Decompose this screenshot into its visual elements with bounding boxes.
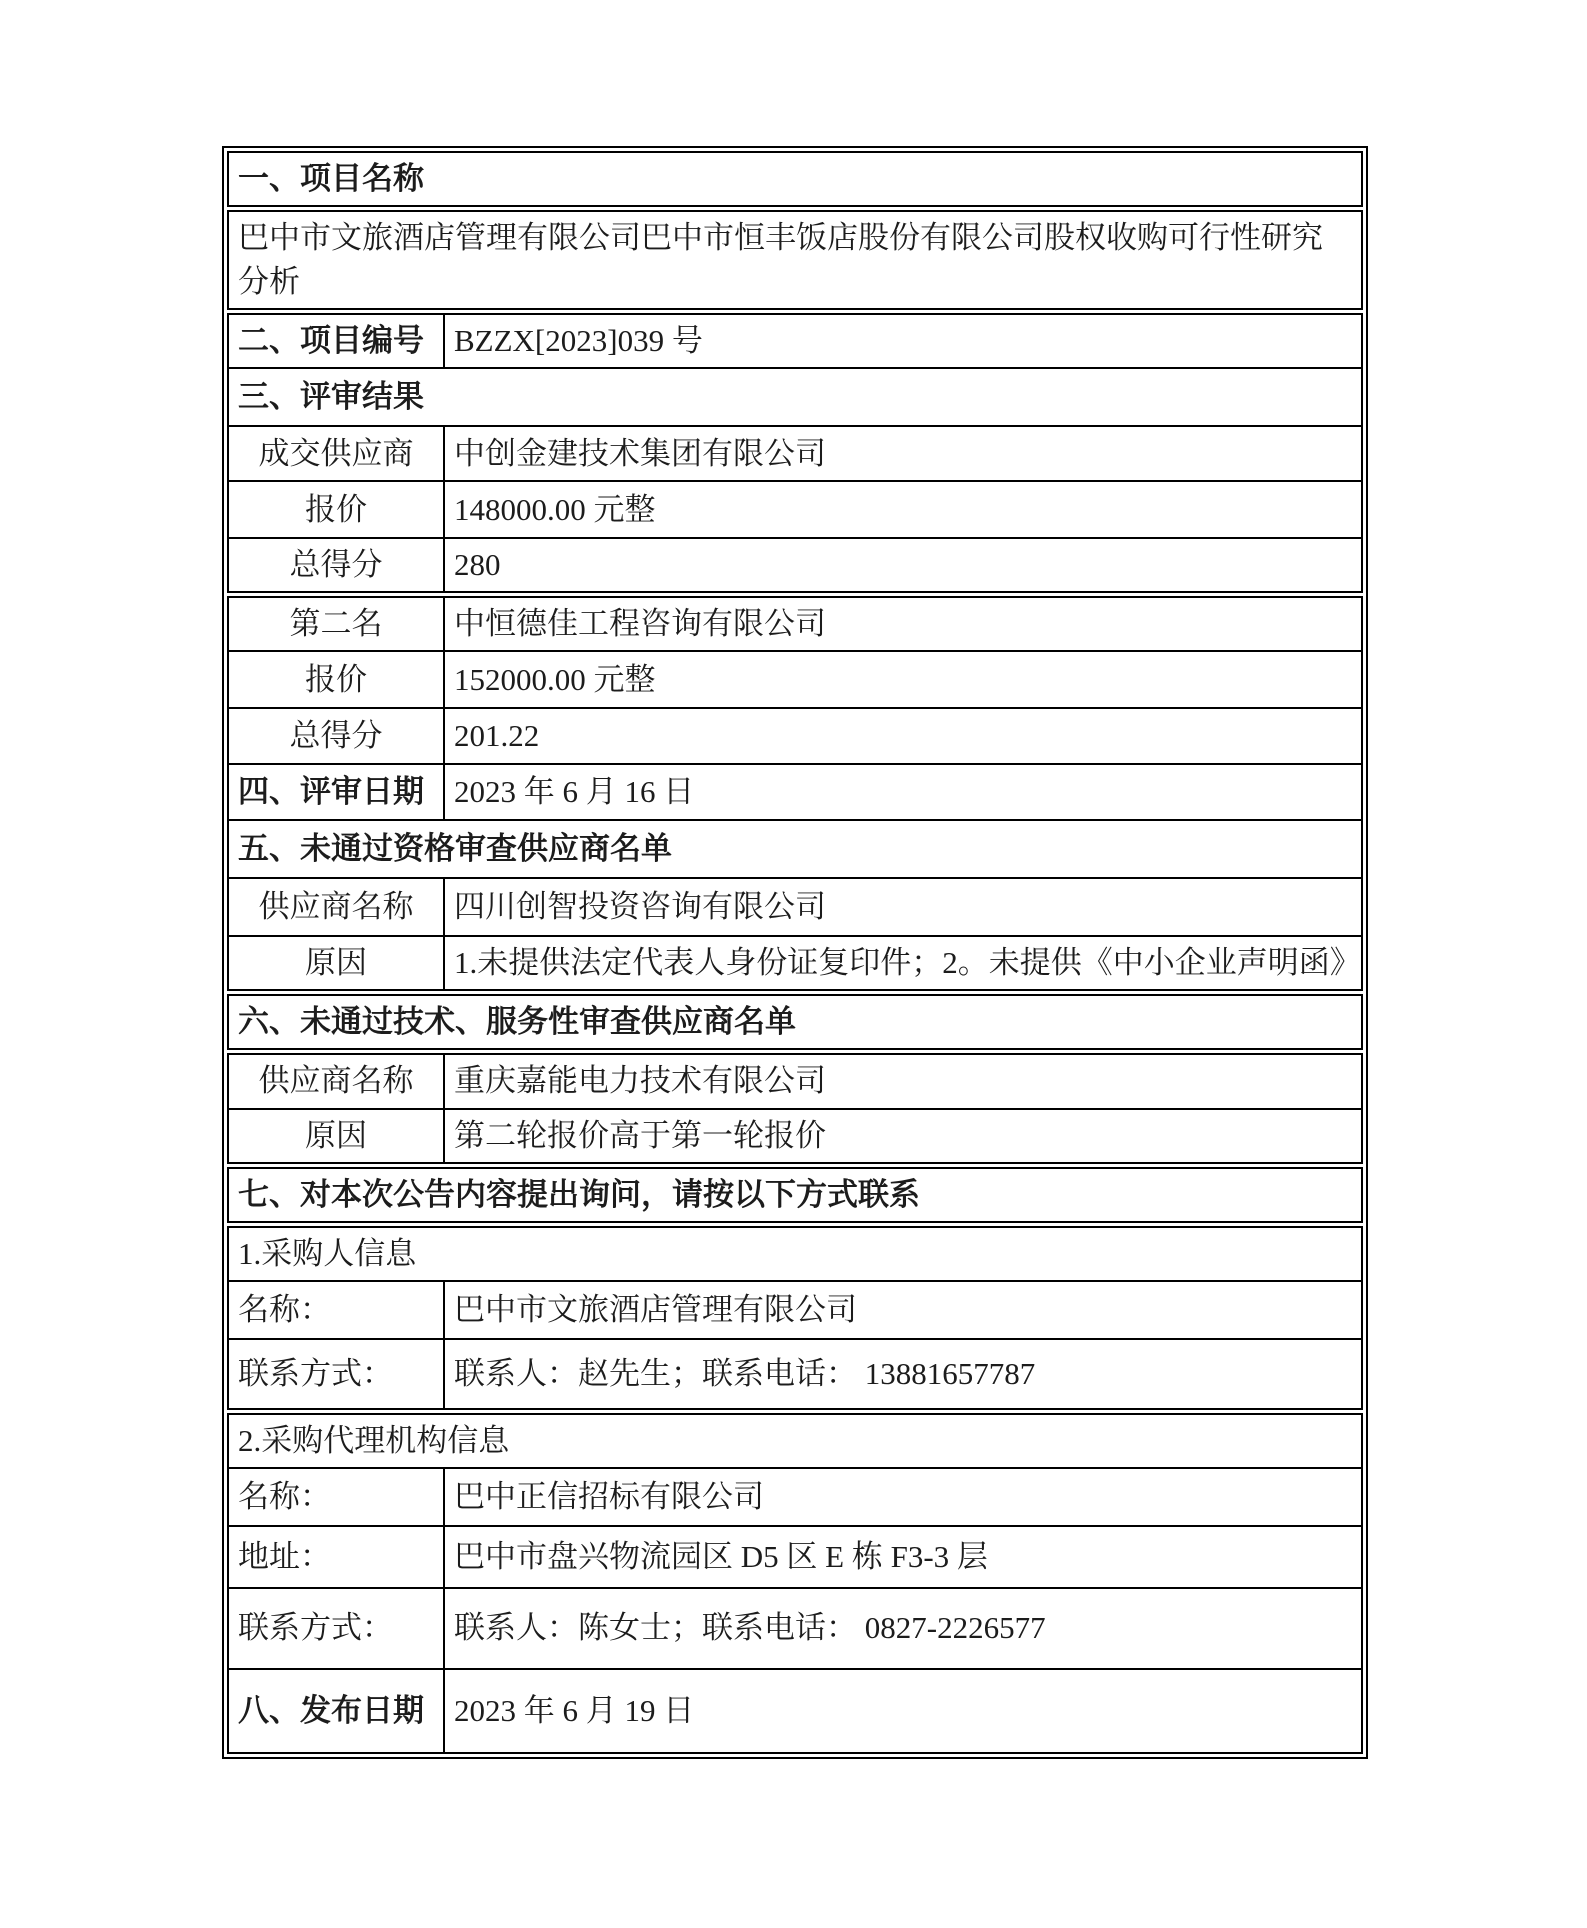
bid-price-2-value: 152000.00 元整 bbox=[444, 651, 1362, 708]
bid-price-value: 148000.00 元整 bbox=[444, 481, 1362, 538]
table-row-total-score-2: 总得分 201.22 bbox=[228, 708, 1362, 764]
table-row-section: 五、未通过资格审查供应商名单 bbox=[228, 820, 1362, 878]
publish-date-value: 2023 年 6 月 19 日 bbox=[444, 1669, 1362, 1753]
table-row-subsection: 1.采购人信息 bbox=[228, 1225, 1362, 1282]
section-header-evaluation-result: 三、评审结果 bbox=[228, 368, 1362, 426]
total-score-2-label: 总得分 bbox=[228, 708, 444, 764]
table-row-purchaser-name: 名称： 巴中市文旅酒店管理有限公司 bbox=[228, 1281, 1362, 1339]
table-row-winning-supplier: 成交供应商 中创金建技术集团有限公司 bbox=[228, 426, 1362, 481]
table-row-project-name: 巴中市文旅酒店管理有限公司巴中市恒丰饭店股份有限公司股权收购可行性研究分析 bbox=[228, 209, 1362, 312]
purchaser-name-value: 巴中市文旅酒店管理有限公司 bbox=[444, 1281, 1362, 1339]
agency-name-label: 名称： bbox=[228, 1468, 444, 1526]
subsection-purchaser-info: 1.采购人信息 bbox=[228, 1225, 1362, 1282]
winning-supplier-label: 成交供应商 bbox=[228, 426, 444, 481]
agency-contact-label: 联系方式： bbox=[228, 1588, 444, 1669]
table-row-agency-address: 地址： 巴中市盘兴物流园区 D5 区 E 栋 F3-3 层 bbox=[228, 1526, 1362, 1588]
project-name-value: 巴中市文旅酒店管理有限公司巴中市恒丰饭店股份有限公司股权收购可行性研究分析 bbox=[228, 209, 1362, 312]
table-row-reason-2: 原因 第二轮报价高于第一轮报价 bbox=[228, 1109, 1362, 1166]
section-header-failed-technical: 六、未通过技术、服务性审查供应商名单 bbox=[228, 993, 1362, 1052]
project-number-label: 二、项目编号 bbox=[228, 312, 444, 369]
evaluation-date-value: 2023 年 6 月 16 日 bbox=[444, 764, 1362, 820]
table-row-section: 六、未通过技术、服务性审查供应商名单 bbox=[228, 993, 1362, 1052]
agency-contact-value: 联系人：陈女士；联系电话： 0827-2226577 bbox=[444, 1588, 1362, 1669]
purchaser-contact-value: 联系人：赵先生；联系电话： 13881657787 bbox=[444, 1339, 1362, 1411]
table-row-supplier-name-2: 供应商名称 重庆嘉能电力技术有限公司 bbox=[228, 1052, 1362, 1109]
agency-address-label: 地址： bbox=[228, 1526, 444, 1588]
section-header-project-name: 一、项目名称 bbox=[228, 152, 1362, 209]
table-row-publish-date: 八、发布日期 2023 年 6 月 19 日 bbox=[228, 1669, 1362, 1753]
announcement-table-border: 一、项目名称 巴中市文旅酒店管理有限公司巴中市恒丰饭店股份有限公司股权收购可行性… bbox=[222, 146, 1368, 1759]
agency-name-value: 巴中正信招标有限公司 bbox=[444, 1468, 1362, 1526]
bid-price-label: 报价 bbox=[228, 481, 444, 538]
bid-price-2-label: 报价 bbox=[228, 651, 444, 708]
reason-2-label: 原因 bbox=[228, 1109, 444, 1166]
table-row-agency-contact: 联系方式： 联系人：陈女士；联系电话： 0827-2226577 bbox=[228, 1588, 1362, 1669]
project-number-value: BZZX[2023]039 号 bbox=[444, 312, 1362, 369]
table-row-supplier-name: 供应商名称 四川创智投资咨询有限公司 bbox=[228, 878, 1362, 936]
table-row-bid-price: 报价 148000.00 元整 bbox=[228, 481, 1362, 538]
document-page: 一、项目名称 巴中市文旅酒店管理有限公司巴中市恒丰饭店股份有限公司股权收购可行性… bbox=[0, 0, 1587, 1928]
table-row-section: 一、项目名称 bbox=[228, 152, 1362, 209]
purchaser-contact-label: 联系方式： bbox=[228, 1339, 444, 1411]
table-row-bid-price-2: 报价 152000.00 元整 bbox=[228, 651, 1362, 708]
section-header-inquiry-contact: 七、对本次公告内容提出询问，请按以下方式联系 bbox=[228, 1166, 1362, 1225]
table-row-total-score: 总得分 280 bbox=[228, 538, 1362, 595]
publish-date-label: 八、发布日期 bbox=[228, 1669, 444, 1753]
total-score-label: 总得分 bbox=[228, 538, 444, 595]
section-header-failed-qualification: 五、未通过资格审查供应商名单 bbox=[228, 820, 1362, 878]
supplier-name-value: 四川创智投资咨询有限公司 bbox=[444, 878, 1362, 936]
total-score-2-value: 201.22 bbox=[444, 708, 1362, 764]
table-row-reason: 原因 1.未提供法定代表人身份证复印件；2。未提供《中小企业声明函》 bbox=[228, 936, 1362, 993]
reason-label: 原因 bbox=[228, 936, 444, 993]
reason-2-value: 第二轮报价高于第一轮报价 bbox=[444, 1109, 1362, 1166]
supplier-name-2-value: 重庆嘉能电力技术有限公司 bbox=[444, 1052, 1362, 1109]
second-place-label: 第二名 bbox=[228, 595, 444, 652]
evaluation-date-label: 四、评审日期 bbox=[228, 764, 444, 820]
reason-value: 1.未提供法定代表人身份证复印件；2。未提供《中小企业声明函》 bbox=[444, 936, 1362, 993]
table-row-agency-name: 名称： 巴中正信招标有限公司 bbox=[228, 1468, 1362, 1526]
procurement-result-table: 一、项目名称 巴中市文旅酒店管理有限公司巴中市恒丰饭店股份有限公司股权收购可行性… bbox=[227, 151, 1363, 1754]
table-row-subsection: 2.采购代理机构信息 bbox=[228, 1411, 1362, 1468]
agency-address-value: 巴中市盘兴物流园区 D5 区 E 栋 F3-3 层 bbox=[444, 1526, 1362, 1588]
table-row-second-place: 第二名 中恒德佳工程咨询有限公司 bbox=[228, 595, 1362, 652]
subsection-agency-info: 2.采购代理机构信息 bbox=[228, 1411, 1362, 1468]
purchaser-name-label: 名称： bbox=[228, 1281, 444, 1339]
table-row-evaluation-date: 四、评审日期 2023 年 6 月 16 日 bbox=[228, 764, 1362, 820]
winning-supplier-value: 中创金建技术集团有限公司 bbox=[444, 426, 1362, 481]
total-score-value: 280 bbox=[444, 538, 1362, 595]
second-place-value: 中恒德佳工程咨询有限公司 bbox=[444, 595, 1362, 652]
supplier-name-label: 供应商名称 bbox=[228, 878, 444, 936]
table-row-section: 三、评审结果 bbox=[228, 368, 1362, 426]
supplier-name-2-label: 供应商名称 bbox=[228, 1052, 444, 1109]
table-row-purchaser-contact: 联系方式： 联系人：赵先生；联系电话： 13881657787 bbox=[228, 1339, 1362, 1411]
table-row-section: 七、对本次公告内容提出询问，请按以下方式联系 bbox=[228, 1166, 1362, 1225]
table-row-project-number: 二、项目编号 BZZX[2023]039 号 bbox=[228, 312, 1362, 369]
